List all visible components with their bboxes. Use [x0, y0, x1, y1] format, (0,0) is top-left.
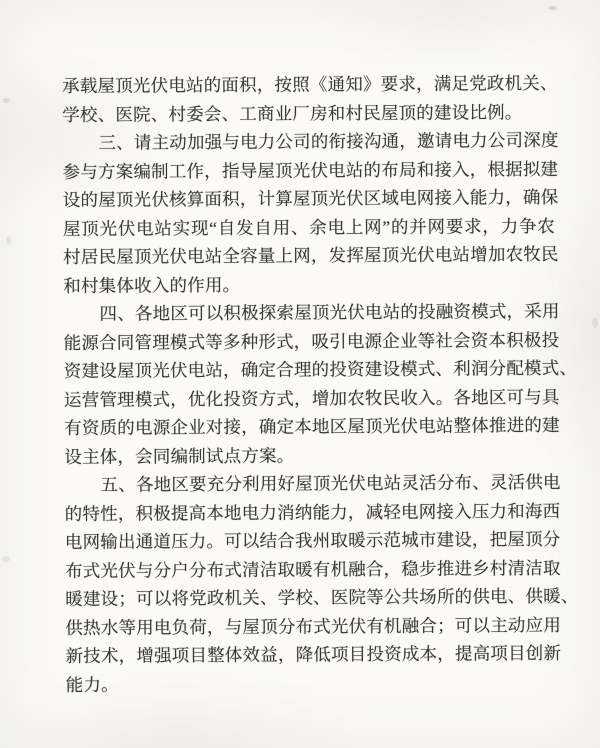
text-line: 暖建设；可以将党政机关、学校、医院等公共场所的供电、供暖、: [65, 582, 557, 614]
text-line: 新技术，增强项目整体效益，降低项目投资成本，提高项目创新: [65, 639, 557, 671]
paragraph-item-4: 四、各地区可以积极探索屋顶光伏电站的投融资模式，采用 能源合同管理模式等多种形式…: [63, 297, 556, 471]
text-line: 参与方案编制工作，指导屋顶光伏电站的布局和接入，根据拟建: [63, 154, 555, 186]
text-line: 设的屋顶光伏核算面积，计算屋顶光伏区域电网接入能力，确保: [63, 183, 555, 215]
paragraph-item-5: 五、各地区要充分利用好屋顶光伏电站灵活分布、灵活供电 的特性，积极提高本地电力消…: [64, 468, 557, 699]
text-line: 的特性，积极提高本地电力消纳能力，减轻电网接入压力和海西: [65, 496, 557, 528]
document-body-text: 承载屋顶光伏电站的面积，按照《通知》要求，满足党政机关、 学校、医院、村委会、工…: [62, 69, 558, 699]
paragraph-item-3: 三、请主动加强与电力公司的衔接沟通，邀请电力公司深度 参与方案编制工作，指导屋顶…: [62, 126, 555, 300]
scan-artifact: [3, 98, 10, 103]
text-line: 布式光伏与分户分布式清洁取暖有机融合，稳步推进乡村清洁取: [65, 553, 557, 585]
text-line: 承载屋顶光伏电站的面积，按照《通知》要求，满足党政机关、: [62, 69, 554, 101]
text-line: 学校、医院、村委会、工商业厂房和村民屋顶的建设比例。: [62, 97, 554, 129]
text-line: 五、各地区要充分利用好屋顶光伏电站灵活分布、灵活供电: [64, 468, 556, 500]
scan-artifact: [2, 556, 10, 562]
text-line: 能源合同管理模式等多种形式，吸引电源企业等社会资本积极投: [64, 325, 556, 357]
text-line: 电网输出通道压力。可以结合我州取暖示范城市建设，把屋顶分: [65, 525, 557, 557]
text-line: 资建设屋顶光伏电站，确定合理的投资建设模式、利润分配模式、: [64, 354, 556, 386]
scan-artifact: [592, 318, 598, 328]
text-line: 屋顶光伏电站实现“自发自用、余电上网”的并网要求，力争农: [63, 211, 555, 243]
document-page: 承载屋顶光伏电站的面积，按照《通知》要求，满足党政机关、 学校、医院、村委会、工…: [0, 0, 600, 748]
text-line: 能力。: [66, 667, 558, 699]
scan-artifact: [6, 236, 11, 245]
text-line: 运营管理模式，优化投资方式，增加农牧民收入。各地区可与具: [64, 382, 556, 414]
text-line: 村居民屋顶光伏电站全容量上网，发挥屋顶光伏电站增加农牧民: [63, 240, 555, 272]
text-line: 三、请主动加强与电力公司的衔接沟通，邀请电力公司深度: [62, 126, 554, 158]
scan-artifact: [548, 6, 557, 10]
text-line: 供热水等用电负荷，与屋顶分布式光伏有机融合；可以主动应用: [65, 610, 557, 642]
paragraph-continuation: 承载屋顶光伏电站的面积，按照《通知》要求，满足党政机关、 学校、医院、村委会、工…: [62, 69, 554, 129]
text-line: 和村集体收入的作用。: [63, 268, 555, 300]
text-line: 四、各地区可以积极探索屋顶光伏电站的投融资模式，采用: [63, 297, 555, 329]
text-line: 设主体，会同编制试点方案。: [64, 439, 556, 471]
text-line: 有资质的电源企业对接，确定本地区屋顶光伏电站整体推进的建: [64, 411, 556, 443]
